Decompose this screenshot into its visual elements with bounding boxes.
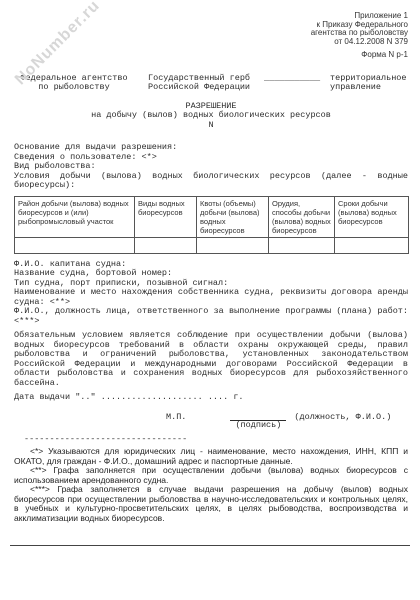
quota-table-header-row: Район добычи (вылова) водных биоресурсов… xyxy=(15,196,409,237)
quota-table-empty-row xyxy=(15,237,409,253)
footnote-separator: -------------------------------- xyxy=(24,435,408,445)
issue-date-line: Дата выдачи ".." .................... ..… xyxy=(14,393,408,403)
territorial-administration: территориальное управление xyxy=(330,74,407,93)
form-number: Форма N р-1 xyxy=(14,51,408,60)
empty-cell xyxy=(269,237,335,253)
obligation-paragraph: Обязательным условием является соблюдени… xyxy=(14,331,408,388)
signature-caption: (подпись) xyxy=(235,421,281,430)
empty-cell xyxy=(197,237,269,253)
field-conditions: Условия добычи (вылова) водных биологиче… xyxy=(14,172,408,191)
signature-row: М.П. (подпись) (должность, Ф.И.О.) xyxy=(14,413,408,430)
permit-fields: Основание для выдачи разрешения: Сведени… xyxy=(14,143,408,191)
column-header-quotas: Квоты (объемы) добычи (вылова) водных би… xyxy=(197,196,269,237)
permit-number-label: N xyxy=(14,121,408,131)
column-header-species: Виды водных биоресурсов xyxy=(135,196,197,237)
column-header-gear: Орудия, способы добычи (вылова) водных б… xyxy=(269,196,335,237)
state-emblem-label: Государственный герб Российской Федераци… xyxy=(148,74,256,93)
territorial-blank-line: ___________ xyxy=(264,74,322,93)
field-responsible-person: Ф.И.О., должность лица, ответственного з… xyxy=(14,307,408,326)
agency-line: по рыболовству xyxy=(14,83,134,93)
quota-table: Район добычи (вылова) водных биоресурсов… xyxy=(14,196,409,254)
emblem-line: Российской Федерации xyxy=(148,83,256,93)
document-title: РАЗРЕШЕНИЕ на добычу (вылов) водных биол… xyxy=(14,102,408,131)
footnote-1: <*> Указываются для юридических лиц - на… xyxy=(14,447,408,466)
field-vessel-owner: Наименование и место нахождения собствен… xyxy=(14,288,408,307)
empty-cell xyxy=(15,237,135,253)
footnote-2: <**> Графа заполняется при осуществлении… xyxy=(14,466,408,485)
column-header-terms: Сроки добычи (вылова) водных биоресурсов xyxy=(335,196,409,237)
vessel-fields: Ф.И.О. капитана судна: Название судна, б… xyxy=(14,260,408,327)
empty-cell xyxy=(135,237,197,253)
stamp-place-label: М.П. xyxy=(166,413,186,422)
document-page: NoNumber.ru Приложение 1 к Приказу Федер… xyxy=(0,0,420,600)
footnote-3: <***> Графа заполняется в случае выдачи … xyxy=(14,485,408,523)
territorial-line: управление xyxy=(330,83,407,93)
letterhead: Федеральное агентство по рыболовству Гос… xyxy=(14,74,408,93)
position-caption: (должность, Ф.И.О.) xyxy=(294,413,391,422)
signature-field: (подпись) xyxy=(230,413,286,430)
footnotes-block: <*> Указываются для юридических лиц - на… xyxy=(14,447,408,523)
empty-cell xyxy=(335,237,409,253)
column-header-area: Район добычи (вылова) водных биоресурсов… xyxy=(15,196,135,237)
bottom-rule xyxy=(10,545,410,546)
